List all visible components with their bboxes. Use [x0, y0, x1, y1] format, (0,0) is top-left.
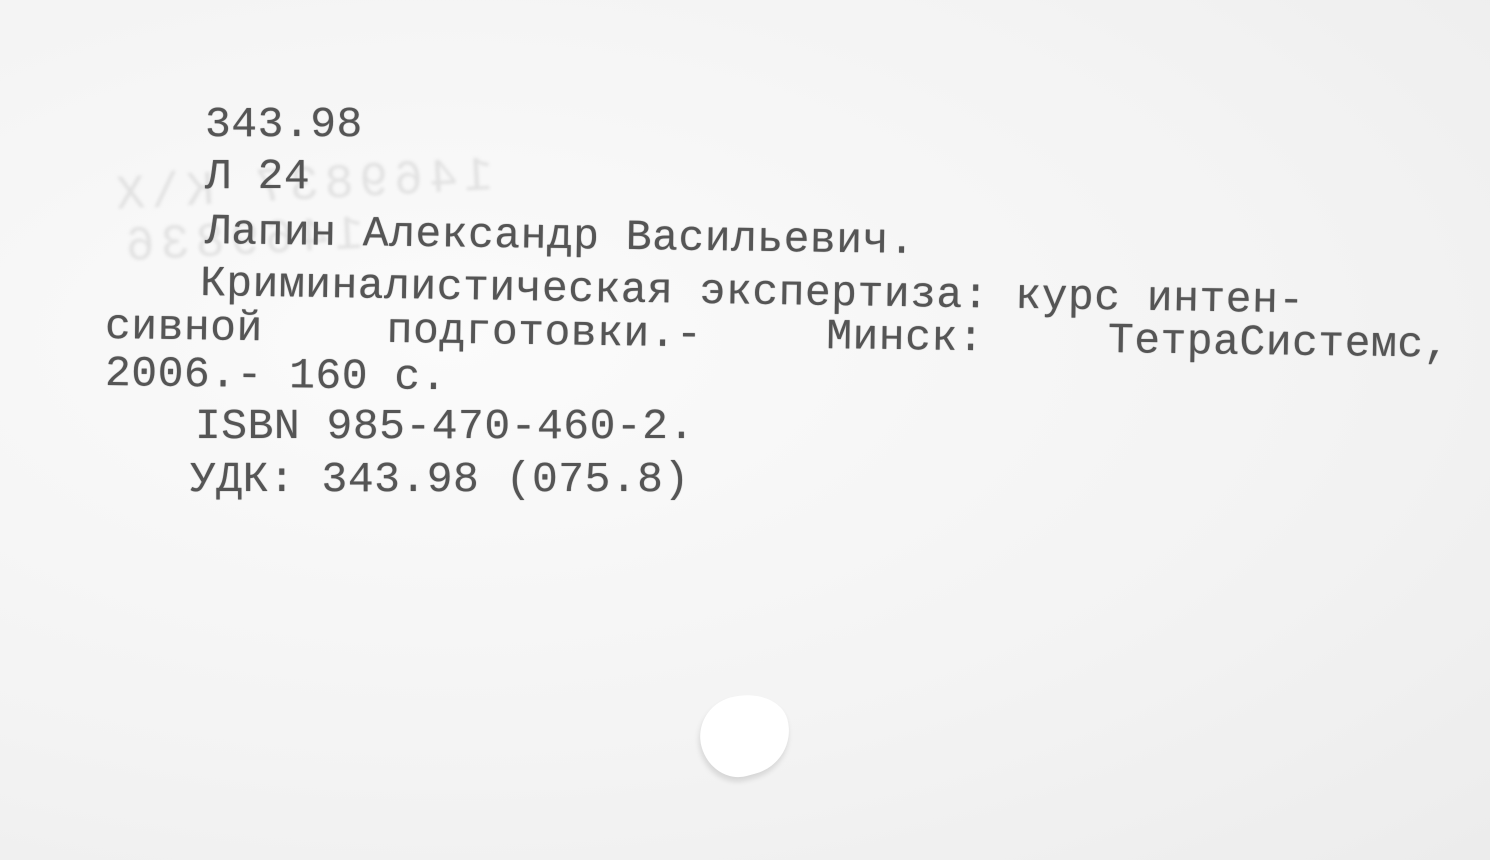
- author-mark: Л 24: [205, 155, 310, 198]
- udk: УДК: 343.98 (075.8): [190, 458, 690, 501]
- punch-hole: [691, 685, 799, 786]
- isbn: ISBN 985-470-460-2.: [195, 405, 695, 448]
- publisher: ТетраСистемс,: [1108, 319, 1451, 367]
- title-line-2-part: сивной: [105, 305, 263, 350]
- author-name: Лапин Александр Васильевич.: [205, 210, 916, 263]
- title-line-2-part: подготовки.-: [386, 309, 702, 356]
- classification-code: 343.98: [205, 103, 363, 146]
- year-pages: 2006.- 160 с.: [105, 352, 447, 399]
- library-catalog-card: 1469837 К\Х 1469836 343.98 Л 24 Лапин Ал…: [0, 0, 1490, 860]
- publication-place: Минск:: [826, 315, 984, 360]
